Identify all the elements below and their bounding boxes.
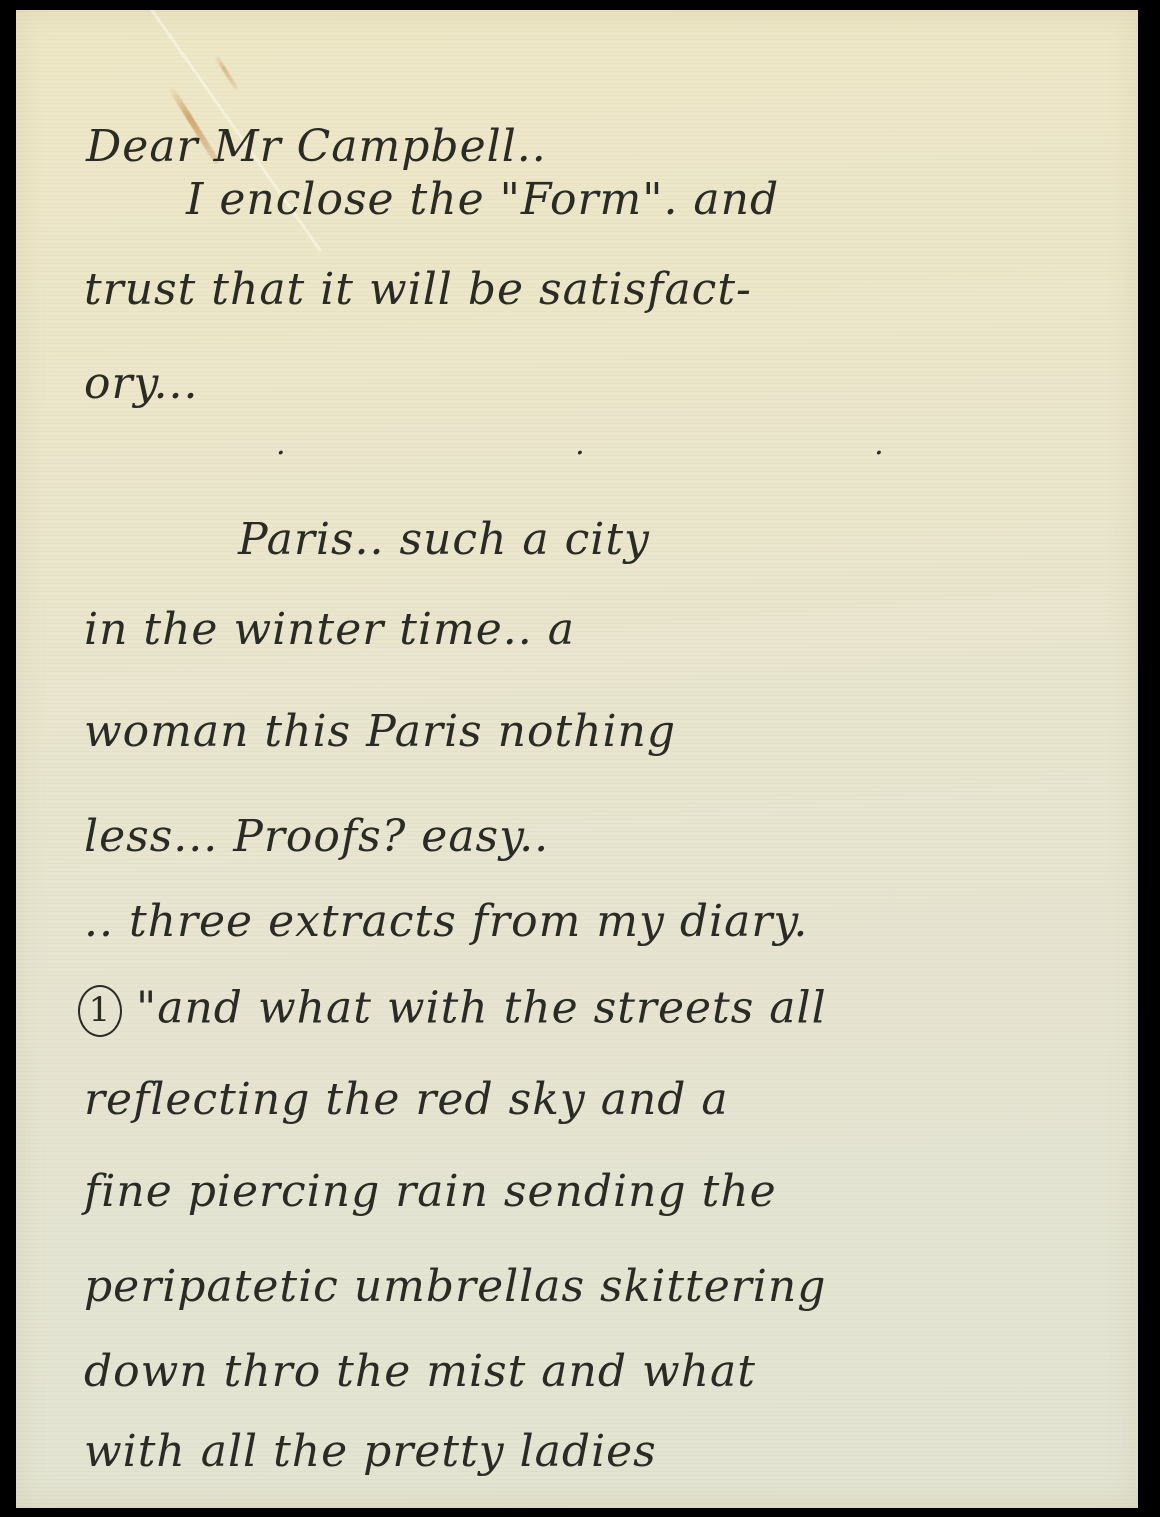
letter-page: Dear Mr Campbell.. I enclose the "Form".… (16, 10, 1138, 1508)
diary-extract-line-3: fine piercing rain sending the (84, 1170, 777, 1214)
letter-line-3: ory... (84, 362, 199, 406)
letter-line-7: woman this Paris nothing (84, 710, 676, 754)
diary-extract-text-1: "and what with the streets all (136, 983, 827, 1034)
letter-line-1: I enclose the "Form". and (186, 178, 779, 222)
letter-line-8: less... Proofs? easy.. (84, 815, 549, 859)
diary-extract-line-2: reflecting the red sky and a (84, 1078, 729, 1122)
list-marker-circled-number: 1 (78, 985, 122, 1037)
diary-extract-line-5: down thro the mist and what (84, 1350, 756, 1394)
diary-extract-line-4: peripatetic umbrellas skittering (84, 1265, 826, 1309)
letter-line-9: .. three extracts from my diary. (84, 900, 808, 944)
section-break-dots: . . . (276, 430, 1024, 460)
diary-extract-line-6: with all the pretty ladies (84, 1430, 657, 1474)
letter-line-5: Paris.. such a city (238, 518, 650, 562)
salutation: Dear Mr Campbell.. (86, 125, 547, 169)
letter-line-2: trust that it will be satisfact- (84, 268, 752, 312)
diary-extract-line-1: 1"and what with the streets all (78, 985, 827, 1037)
rust-stain-small (214, 54, 239, 90)
letter-line-6: in the winter time.. a (84, 608, 575, 652)
